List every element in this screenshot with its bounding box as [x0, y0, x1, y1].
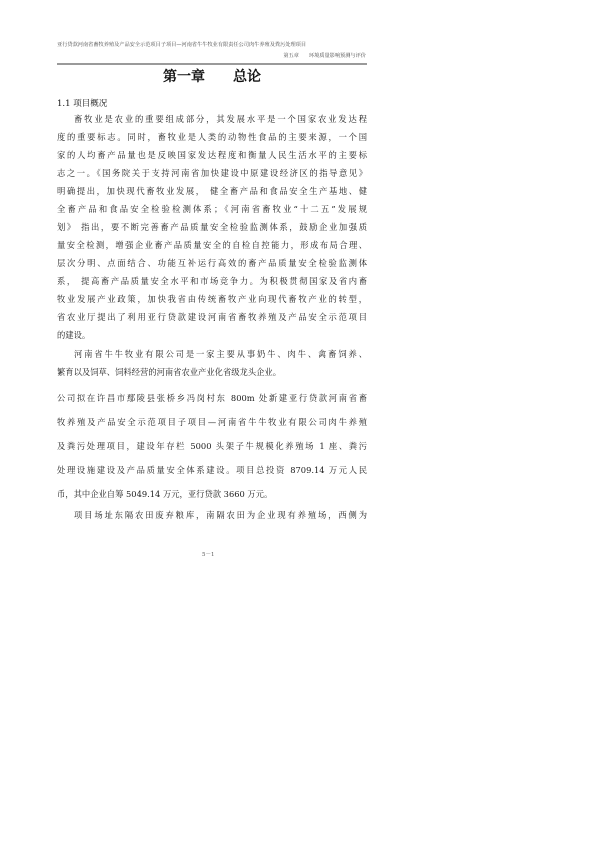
running-header-chapter-number: 第五章 [283, 53, 299, 59]
running-header-project: 亚行贷款河南省畜牧养殖及产品安全示范项目子项目—河南省牛牛牧业有限责任公司肉牛养… [57, 41, 367, 48]
body-line: 全畜产品和食品安全检验检测体系；《河南省畜牧业“十二五”发展规 [57, 203, 367, 215]
body-line: 度的重要标志。同时，畜牧业是人类的动物性食品的主要来源，一个国 [57, 131, 367, 143]
body-line: 公司拟在许昌市鄢陵县张桥乡冯岗村东 800m 处新建亚行贷款河南省畜 [57, 392, 367, 404]
body-line: 河南省牛牛牧业有限公司是一家主要从事奶牛、肉牛、禽畜饲养、 [57, 348, 367, 360]
body-line: 家的人均畜产品量也是反映国家发达程度和衡量人民生活水平的主要标 [57, 149, 367, 161]
body-line: 省农业厅提出了利用亚行贷款建设河南省畜牧养殖及产品安全示范项目 [57, 311, 367, 323]
body-line: 及粪污处理项目，建设年存栏 5000 头架子牛规模化养殖场 1 座、粪污 [57, 440, 367, 452]
body-line: 层次分明、点面结合、功能互补运行高效的畜产品质量安全检验监测体 [57, 257, 367, 269]
header-rule [57, 63, 367, 65]
body-line: 畜牧业是农业的重要组成部分，其发展水平是一个国家农业发达程 [57, 113, 367, 125]
body-line: 牧业发展产业政策，加快我省由传统畜牧产业向现代畜牧产业的转型， [57, 293, 367, 305]
chapter-number: 第一章 [163, 69, 205, 85]
body-line: 繁育以及饲草、饲料经营的河南省农业产业化省级龙头企业。 [57, 366, 367, 378]
body-line: 量安全检测，增强企业畜产品质量安全的自检自控能力，形成布局合理、 [57, 239, 367, 251]
body-line: 项目场址东隔农田废弃粮库，南隔农田为企业现有养殖场，西侧为 [57, 509, 367, 521]
body-line: 币，其中企业自筹 5049.14 万元，亚行贷款 3660 万元。 [57, 488, 367, 500]
section-number: 1.1 [57, 99, 71, 109]
running-header-chapter: 第五章环境质量影响预测与评价 [57, 52, 366, 59]
body-line: 牧养殖及产品安全示范项目子项目—河南省牛牛牧业有限公司肉牛养殖 [57, 416, 367, 428]
section-heading: 1.1 项目概况 [57, 97, 107, 109]
body-line: 划》 指出，要不断完善畜产品质量安全检验监测体系，鼓励企业加强质 [57, 221, 367, 233]
body-line: 的建设。 [57, 329, 367, 341]
body-line: 志之一。《国务院关于支持河南省加快建设中原建设经济区的指导意见》 [57, 167, 367, 179]
chapter-name: 总论 [233, 69, 261, 85]
body-line: 明确提出，加快现代畜牧业发展， 健全畜产品和食品安全生产基地、健 [57, 185, 367, 197]
section-title: 项目概况 [73, 99, 107, 109]
chapter-title: 第一章总论 [57, 66, 367, 86]
body-line: 处理设施建设及产品质量安全体系建设。项目总投资 8709.14 万元人民 [57, 464, 367, 476]
body-line: 系， 提高畜产品质量安全水平和市场竞争力。为积极贯彻国家及省内畜 [57, 275, 367, 287]
page-number: 5－1 [202, 550, 215, 558]
running-header-chapter-title: 环境质量影响预测与评价 [309, 53, 366, 59]
document-page: 亚行贷款河南省畜牧养殖及产品安全示范项目子项目—河南省牛牛牧业有限责任公司肉牛养… [0, 0, 595, 842]
